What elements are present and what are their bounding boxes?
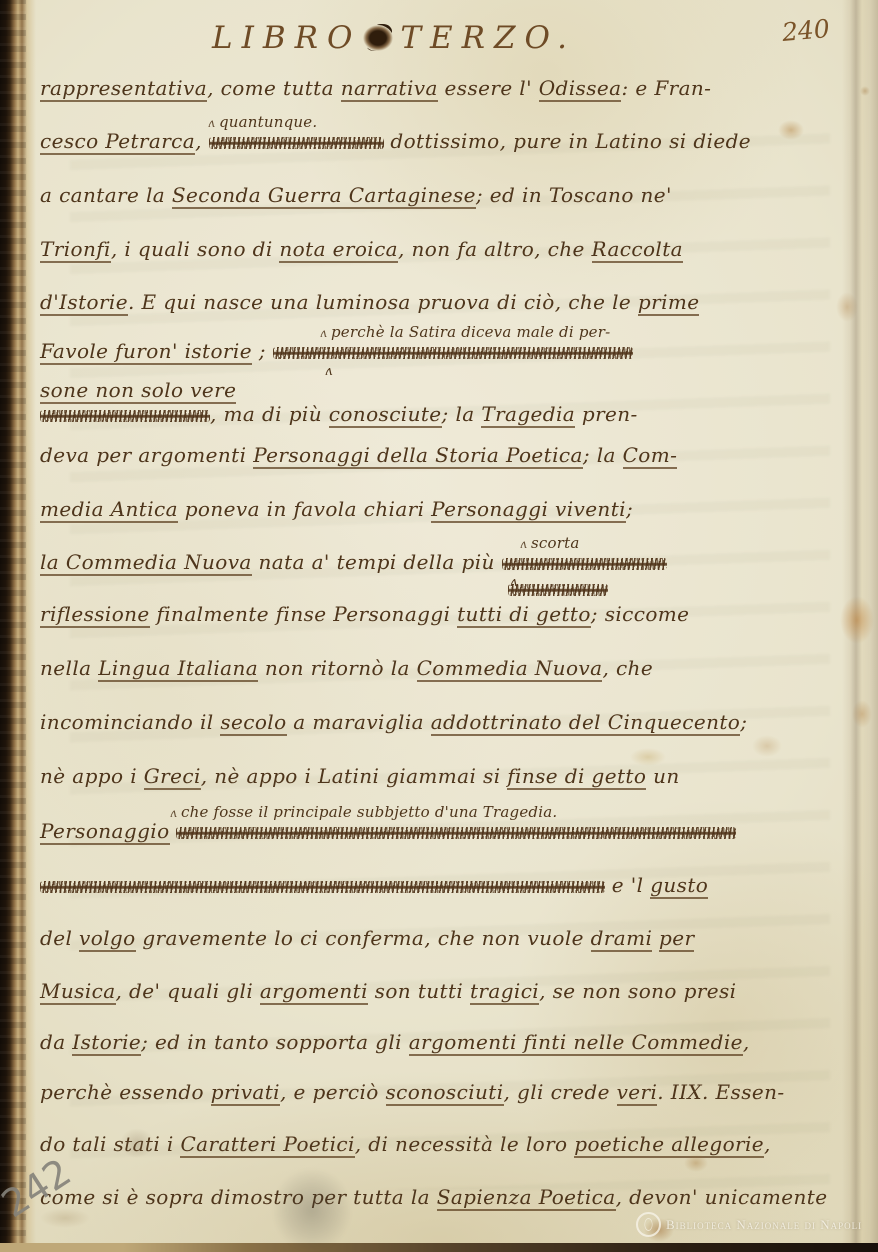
folio-number: 240	[781, 14, 831, 47]
manuscript-line	[508, 575, 608, 601]
manuscript-line: riflessione finalmente finse Personaggi …	[40, 601, 689, 627]
manuscript-line: nella Lingua Italiana non ritornò la Com…	[40, 655, 653, 681]
manuscript-line: Favole furon' istorie ; perchè la Satira…	[40, 338, 633, 364]
text-segment: , de' quali gli	[116, 979, 260, 1003]
inserted-text: quantunque.	[208, 109, 317, 136]
text-segment: ,	[743, 1030, 750, 1054]
text-segment: ; la	[583, 443, 623, 467]
text-segment: incominciando il	[40, 710, 220, 734]
text-segment: Personaggi viventi	[431, 497, 626, 523]
text-segment: nella	[40, 656, 98, 680]
stain	[778, 120, 804, 140]
manuscript-line: media Antica poneva in favola chiari Per…	[40, 496, 633, 522]
title-word-terzo: TERZO.	[400, 20, 576, 56]
text-segment: conosciute	[329, 402, 442, 428]
text-segment: media Antica	[40, 497, 178, 523]
page-crease-right	[842, 0, 878, 1252]
text-segment: Trionfi	[40, 237, 111, 263]
text-segment: come si è sopra dimostro per tutta la	[40, 1185, 437, 1209]
text-segment: , come tutta	[207, 76, 341, 100]
text-segment: essere l'	[438, 76, 539, 100]
text-segment: gusto	[650, 873, 708, 899]
text-segment: , ma di più	[210, 402, 329, 426]
stamp-smudge	[272, 1168, 352, 1252]
stain	[752, 735, 782, 757]
manuscript-line: , ma di più conosciute; la Tragedia pren…	[40, 401, 638, 427]
scribble-crossout	[209, 137, 384, 149]
page-bottom-edge	[0, 1243, 878, 1252]
scribble-crossout	[273, 347, 633, 359]
text-segment: ; la	[442, 402, 482, 426]
text-segment: la Commedia Nuova	[40, 550, 252, 576]
stain	[40, 1208, 90, 1228]
text-segment: rappresentativa	[40, 76, 207, 102]
text-segment: nota eroica	[279, 237, 398, 263]
text-segment: privati	[211, 1080, 280, 1106]
library-watermark-text: Biblioteca Nazionale di Napoli	[666, 1217, 862, 1233]
text-segment: poetiche allegorie	[574, 1132, 764, 1158]
scribble-crossout	[508, 584, 608, 596]
text-segment: finalmente finse Personaggi	[150, 602, 457, 626]
text-segment: del	[40, 926, 79, 950]
text-segment: ,	[195, 129, 209, 153]
text-segment: , i quali sono di	[111, 237, 280, 261]
text-segment: narrativa	[341, 76, 438, 102]
manuscript-line: del volgo gravemente lo ci conferma, che…	[40, 925, 694, 951]
text-segment: Istorie	[72, 1030, 141, 1056]
text-segment: do tali stati i	[40, 1132, 180, 1156]
text-segment: non ritornò la	[258, 656, 416, 680]
text-segment: a maraviglia	[287, 710, 431, 734]
text-segment: Favole furon' istorie	[40, 339, 252, 365]
library-logo-icon	[636, 1212, 661, 1237]
text-segment: ;	[252, 339, 273, 363]
text-segment: son tutti	[368, 979, 470, 1003]
text-segment: argomenti finti nelle Commedie	[409, 1030, 743, 1056]
text-segment: pren-	[575, 402, 638, 426]
manuscript-line: cesco Petrarca, dottissimo, pure in Lati…	[40, 128, 751, 154]
manuscript-line: Musica, de' quali gli argomenti son tutt…	[40, 978, 736, 1004]
text-segment: cesco Petrarca	[40, 129, 195, 155]
text-segment: Commedia Nuova	[417, 656, 603, 682]
caret-mark	[325, 359, 333, 385]
text-segment: deva per argomenti	[40, 443, 253, 467]
text-segment: Raccolta	[592, 237, 683, 263]
text-segment: da	[40, 1030, 72, 1054]
text-segment: : e Fran-	[621, 76, 711, 100]
text-segment: dottissimo, pure in Latino si diede	[384, 129, 751, 153]
text-segment: d'Istorie	[40, 290, 128, 316]
text-segment: ; ed in tanto sopporta gli	[141, 1030, 409, 1054]
text-segment: Odissea	[539, 76, 622, 102]
text-segment: , devon' unicamente	[616, 1185, 828, 1209]
manuscript-line: sone non solo vere	[40, 377, 236, 403]
text-segment: finse di getto	[507, 764, 646, 790]
text-segment: , di necessità le loro	[355, 1132, 574, 1156]
text-segment: e 'l	[605, 873, 650, 897]
text-segment: Sapienza Poetica	[437, 1185, 616, 1211]
text-segment: , che	[602, 656, 653, 680]
text-segment: un	[646, 764, 679, 788]
text-segment: sconosciuti	[386, 1080, 504, 1106]
text-segment: argomenti	[260, 979, 368, 1005]
scribble-crossout	[40, 881, 605, 893]
text-segment: volgo	[79, 926, 136, 952]
text-segment: perchè essendo	[40, 1080, 211, 1104]
text-segment: gravemente lo ci conferma, che non vuole	[136, 926, 591, 950]
manuscript-line: da Istorie; ed in tanto sopporta gli arg…	[40, 1029, 750, 1055]
manuscript-line: deva per argomenti Personaggi della Stor…	[40, 442, 677, 468]
text-segment: Tragedia	[481, 402, 575, 428]
text-segment: addottrinato del Cinquecento	[431, 710, 741, 736]
text-segment: veri	[617, 1080, 658, 1106]
scribble-crossout	[40, 410, 210, 422]
manuscript-line: Trionfi, i quali sono di nota eroica, no…	[40, 236, 683, 262]
text-segment: ; ed in Toscano ne'	[476, 183, 672, 207]
text-segment: ; siccome	[591, 602, 690, 626]
text-segment: Com-	[623, 443, 678, 469]
manuscript-line: incominciando il secolo a maraviglia add…	[40, 709, 747, 735]
manuscript-line: do tali stati i Caratteri Poetici, di ne…	[40, 1131, 771, 1157]
text-segment: a cantare la	[40, 183, 172, 207]
text-segment: . E qui nasce una luminosa pruova di ciò…	[128, 290, 638, 314]
text-segment: riflessione	[40, 602, 150, 628]
manuscript-line: perchè essendo privati, e perciò sconosc…	[40, 1079, 785, 1105]
text-segment: Greci	[144, 764, 201, 790]
text-segment: , e perciò	[280, 1080, 386, 1104]
text-segment: drami	[591, 926, 653, 952]
text-segment: Musica	[40, 979, 116, 1005]
manuscript-line: a cantare la Seconda Guerra Cartaginese;…	[40, 182, 672, 208]
inserted-text: perchè la Satira diceva male di per-	[320, 319, 610, 346]
inserted-text: che fosse il principale subbjetto d'una …	[170, 799, 557, 826]
library-watermark: Biblioteca Nazionale di Napoli	[636, 1212, 862, 1237]
manuscript-line: e 'l gusto	[40, 872, 708, 898]
manuscript-line: d'Istorie. E qui nasce una luminosa pruo…	[40, 289, 699, 315]
inserted-text: scorta	[520, 530, 579, 557]
page-title: LIBRO TERZO.	[212, 20, 576, 56]
text-segment: tutti di getto	[457, 602, 591, 628]
text-segment: , non fa altro, che	[398, 237, 592, 261]
text-segment: ;	[740, 710, 747, 734]
text-segment: prime	[638, 290, 700, 316]
text-segment: per	[659, 926, 694, 952]
text-segment: secolo	[220, 710, 286, 736]
manuscript-line: come si è sopra dimostro per tutta la Sa…	[40, 1184, 827, 1210]
title-word-libro: LIBRO	[212, 20, 361, 56]
text-segment: , nè appo i Latini giammai si	[201, 764, 508, 788]
text-segment: nè appo i	[40, 764, 144, 788]
text-segment: Personaggio	[40, 819, 170, 845]
text-segment: ;	[626, 497, 633, 521]
manuscript-line: la Commedia Nuova nata a' tempi della pi…	[40, 549, 667, 575]
text-segment: tragici	[470, 979, 539, 1005]
text-segment: . IIX. Essen-	[657, 1080, 784, 1104]
text-segment: , se non sono presi	[539, 979, 736, 1003]
manuscript-line: nè appo i Greci, nè appo i Latini giamma…	[40, 763, 680, 789]
manuscript-line: Personaggio che fosse il principale subb…	[40, 818, 736, 844]
text-segment: Seconda Guerra Cartaginese	[172, 183, 476, 209]
text-segment: ,	[764, 1132, 771, 1156]
text-segment: , gli crede	[504, 1080, 617, 1104]
scribble-crossout	[176, 827, 736, 839]
text-segment: Caratteri Poetici	[180, 1132, 354, 1158]
text-segment: poneva in favola chiari	[178, 497, 431, 521]
text-segment: Personaggi della Storia Poetica	[253, 443, 583, 469]
binding-texture	[0, 0, 26, 1252]
manuscript-page: LIBRO TERZO. 240 rappresentativa, come t…	[0, 0, 878, 1252]
ink-blot-icon	[363, 25, 393, 51]
manuscript-line: rappresentativa, come tutta narrativa es…	[40, 75, 711, 101]
text-segment: Lingua Italiana	[98, 656, 258, 682]
text-segment: nata a' tempi della più	[252, 550, 502, 574]
scribble-crossout	[502, 558, 667, 570]
